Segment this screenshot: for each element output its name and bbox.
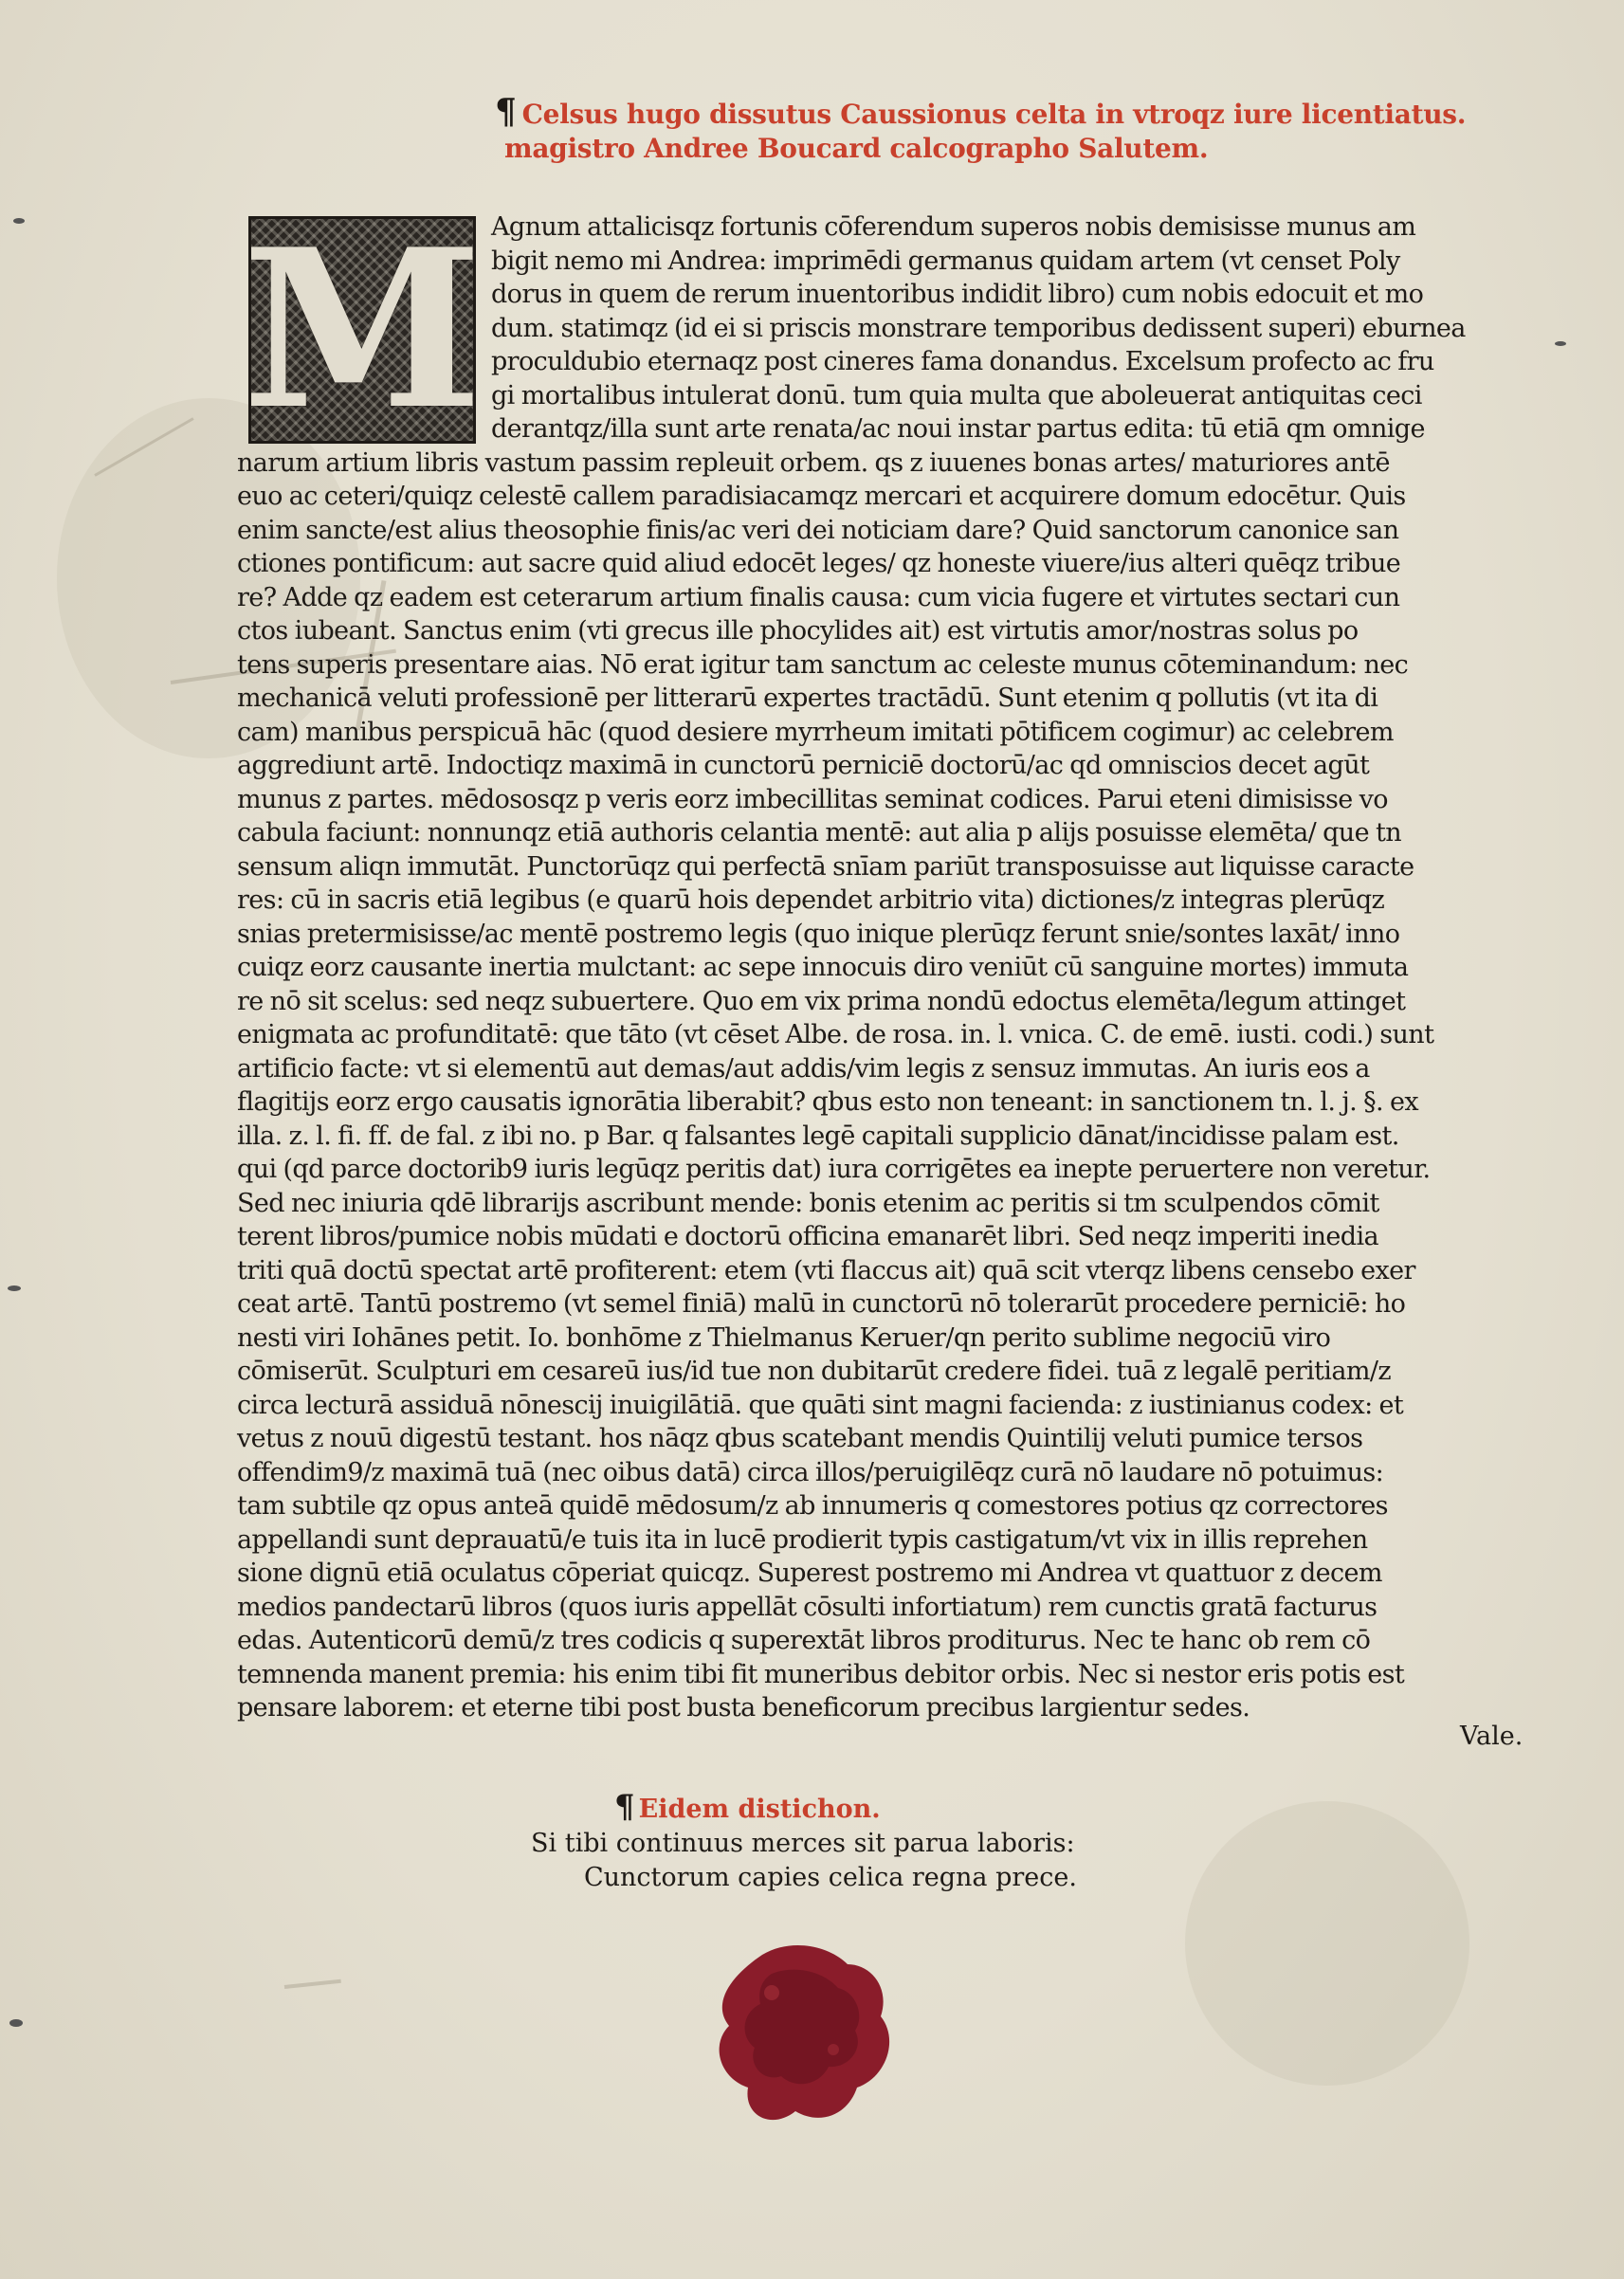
text-line: narum artium libris vastum passim repleu… [237,447,1543,481]
paper-crease [284,1979,341,1989]
ink-speck [13,218,25,224]
paper-stain [1185,1801,1469,2086]
text-line: tam subtile qz opus anteā quidē mēdosum/… [237,1489,1543,1523]
ink-speck [9,2019,23,2027]
text-line: derantqz/illa sunt arte renata/ac noui i… [237,412,1543,447]
distich-title: ¶Eidem distichon. [531,1790,1195,1827]
rubric-heading: ¶Celsus hugo dissutus Caussionus celta i… [495,95,1538,166]
text-line: sensum aliqn immutāt. Punctorūqz qui per… [237,850,1543,884]
closing-vale: Vale. [1460,1722,1523,1751]
text-line: snias pretermisisse/ac mentē postremo le… [237,918,1543,952]
text-line: aggrediunt artē. Indoctiqz maximā in cun… [237,749,1543,783]
text-line: circa lecturā assiduā nōnescij inuigilāt… [237,1389,1543,1423]
ink-speck [8,1285,21,1291]
text-line: ceat artē. Tantū postremo (vt semel fini… [237,1287,1543,1322]
text-line: artificio facte: vt si elementū aut dema… [237,1052,1543,1086]
text-line: terent libros/pumice nobis mūdati e doct… [237,1220,1543,1254]
body-text: Agnum attalicisqz fortunis cōferendum su… [237,210,1543,1725]
text-line: cuiqz eorz causante inertia mulctant: ac… [237,951,1543,985]
text-line: gi mortalibus intulerat donū. tum quia m… [237,379,1543,413]
pilcrow-icon: ¶ [614,1788,635,1826]
text-line: mechanicā veluti professionē per littera… [237,682,1543,716]
text-line: vetus z nouū digestū testant. hos nāqz q… [237,1422,1543,1456]
text-line: enim sancte/est alius theosophie finis/a… [237,514,1543,548]
text-line: nesti viri Iohānes petit. Io. bonhōme z … [237,1322,1543,1356]
text-line: re? Adde qz eadem est ceterarum artium f… [237,581,1543,615]
text-line: Agnum attalicisqz fortunis cōferendum su… [237,210,1543,245]
text-line: flagitijs eorz ergo causatis ignorātia l… [237,1085,1543,1120]
pilcrow-icon: ¶ [495,92,517,132]
text-line: bigit nemo mi Andrea: imprimēdi germanus… [237,245,1543,279]
heading-line-2: magistro Andree Boucard calcographo Salu… [495,132,1538,166]
text-line: qui (qd parce doctorib9 iuris legūqz per… [237,1153,1543,1187]
ink-speck [1555,341,1566,346]
heading-line-1: ¶Celsus hugo dissutus Caussionus celta i… [495,95,1538,132]
text-line: offendim9/z maximā tuā (nec oibus datā) … [237,1456,1543,1490]
text-line: edas. Autenticorū demū/z tres codicis q … [237,1624,1543,1658]
text-line: enigmata ac profunditatē: que tāto (vt c… [237,1018,1543,1052]
text-line: tens superis presentare aias. Nō erat ig… [237,648,1543,683]
distich: ¶Eidem distichon. Si tibi continuus merc… [531,1790,1195,1895]
text-line: sione dignū etiā oculatus cōperiat quicq… [237,1557,1543,1591]
text-line: proculdubio eternaqz post cineres fama d… [237,345,1543,379]
wax-seal-icon [705,1936,903,2135]
text-line: cam) manibus perspicuā hāc (quod desiere… [237,716,1543,750]
text-line: ctos iubeant. Sanctus enim (vti grecus i… [237,614,1543,648]
text-line: cōmiserūt. Sculpturi em cesareū ius/id t… [237,1355,1543,1389]
text-line: appellandi sunt deprauatū/e tuis ita in … [237,1523,1543,1558]
text-line: Sed nec iniuria qdē librarijs ascribunt … [237,1187,1543,1221]
text-line: temnenda manent premia: his enim tibi fi… [237,1658,1543,1692]
text-line: dum. statimqz (id ei si priscis monstrar… [237,312,1543,346]
text-line: munus z partes. mēdososqz p veris eorz i… [237,783,1543,817]
text-line: dorus in quem de rerum inuentoribus indi… [237,278,1543,312]
text-line: ctiones pontificum: aut sacre quid aliud… [237,547,1543,581]
text-line: euo ac ceteri/quiqz celestē callem parad… [237,480,1543,514]
document-page: ¶Celsus hugo dissutus Caussionus celta i… [0,0,1624,2279]
text-line: illa. z. l. fi. ff. de fal. z ibi no. p … [237,1120,1543,1154]
text-line: cabula faciunt: nonnunqz etiā authoris c… [237,816,1543,850]
text-line: re nō sit scelus: sed neqz subuertere. Q… [237,985,1543,1019]
text-line: res: cū in sacris etiā legibus (e quarū … [237,884,1543,918]
text-line: medios pandectarū libros (quos iuris app… [237,1591,1543,1625]
text-line: pensare laborem: et eterne tibi post bus… [237,1691,1543,1725]
distich-line-2: Cunctorum capies celica regna prece. [531,1861,1195,1895]
distich-line-1: Si tibi continuus merces sit parua labor… [531,1827,1195,1861]
text-line: triti quā doctū spectat artē profiterent… [237,1254,1543,1288]
